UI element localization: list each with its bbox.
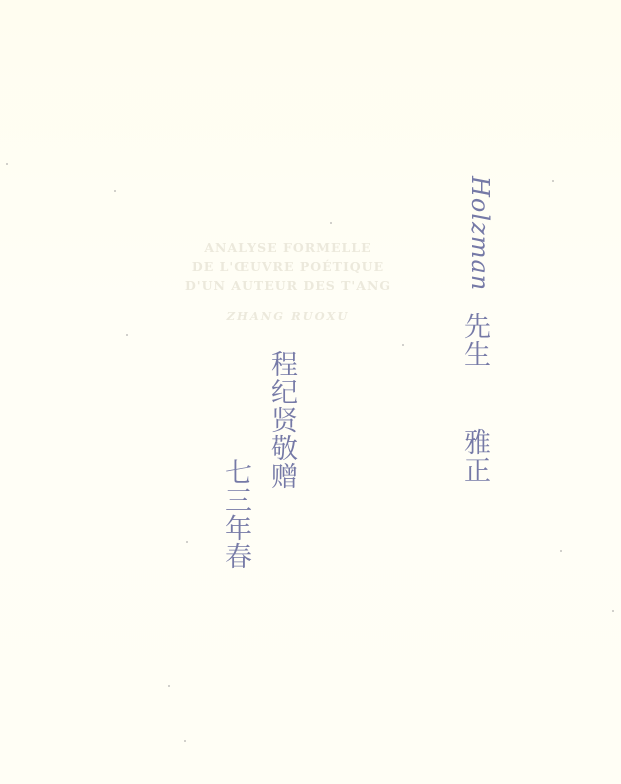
paper-speck	[612, 610, 614, 612]
inscription-signer: 程纪贤敬赠	[266, 350, 296, 490]
inscription-recipient-name: Holzman	[466, 176, 494, 291]
paper-speck	[330, 222, 332, 224]
show-through-line-2: DE L'ŒUVRE POÉTIQUE	[163, 257, 413, 276]
paper-speck	[114, 190, 116, 192]
show-through-line-1: ANALYSE FORMELLE	[163, 238, 413, 257]
paper-speck	[168, 685, 170, 687]
inscription-honorific: 先生	[459, 312, 489, 368]
show-through-author: ZHANG RUOXU	[163, 307, 413, 326]
inscription-request: 雅正	[459, 428, 489, 484]
paper-speck	[126, 334, 128, 336]
paper-speck	[184, 740, 186, 742]
paper-speck	[186, 541, 188, 543]
paper-speck	[552, 180, 554, 182]
show-through-line-3: D'UN AUTEUR DES T'ANG	[163, 276, 413, 295]
paper-speck	[402, 344, 404, 346]
show-through-title: ANALYSE FORMELLE DE L'ŒUVRE POÉTIQUE D'U…	[163, 238, 413, 326]
inscription-date: 七三年春	[220, 458, 250, 570]
paper-speck	[560, 550, 562, 552]
book-flyleaf-page: ANALYSE FORMELLE DE L'ŒUVRE POÉTIQUE D'U…	[0, 0, 621, 784]
paper-speck	[6, 163, 8, 165]
